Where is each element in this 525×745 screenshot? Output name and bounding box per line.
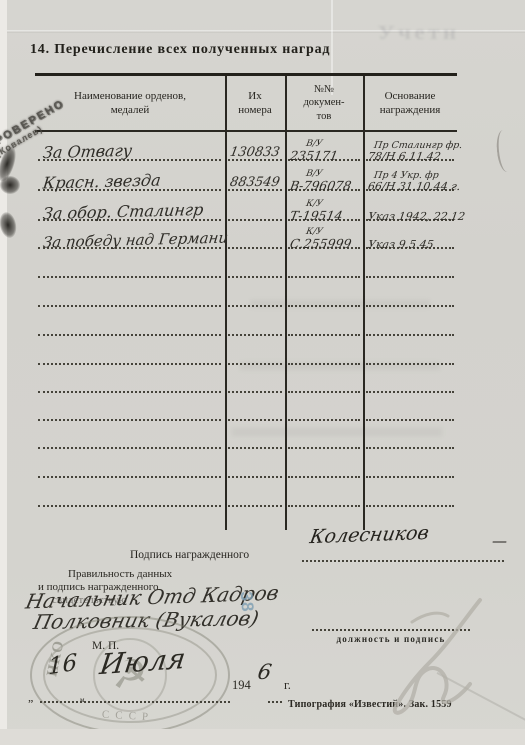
empty-cell [288, 391, 360, 393]
empty-cell [288, 334, 360, 336]
empty-cell [228, 476, 282, 478]
date-day-handwriting: 16 [48, 650, 77, 681]
date-year-dots [268, 701, 282, 703]
basis-handwriting: Пр Сталингр фр. 78/Н 6.11.42 [368, 141, 462, 163]
table-row: Красн. звезда 883549 В/У В-796078 Пр 4 У… [35, 162, 457, 192]
empty-cell [38, 391, 221, 393]
empty-cell [288, 505, 360, 507]
table-row: За победу над Германи К/У С.255999 Указ … [35, 222, 457, 250]
empty-cell [38, 334, 221, 336]
table-top-rule [35, 73, 457, 76]
empty-cell [38, 276, 221, 278]
award-number-cell [228, 219, 282, 221]
basis-handwriting: Указ 9.5.45 [368, 239, 434, 250]
ink-smudge [0, 176, 20, 194]
basis-handwriting: Пр 4 Укр. фр 66/Н 31.10.44 г. [368, 171, 460, 193]
signature-dash: — [492, 532, 507, 550]
empty-cell [366, 419, 454, 421]
empty-cell [366, 505, 454, 507]
pencil-mark-paren [495, 129, 515, 172]
empty-row [35, 250, 457, 279]
table-row: За Отвагу 130833 В/У 235171 Пр Сталингр … [35, 132, 457, 162]
empty-cell [366, 391, 454, 393]
empty-cell [366, 276, 454, 278]
award-number-cell [228, 247, 282, 249]
empty-cell [38, 363, 221, 365]
empty-row [35, 450, 457, 479]
awardee-signature-handwriting: Колесников [308, 522, 431, 548]
section-title: 14. Перечисление всех полученных наград [30, 42, 330, 58]
awardee-signature-line [302, 560, 504, 562]
empty-cell [288, 447, 360, 449]
document-handwriting: К/У Т-19514 [290, 200, 342, 223]
empty-cell [288, 419, 360, 421]
award-number-handwriting: 883549 [229, 175, 281, 190]
empty-cell [38, 419, 221, 421]
table-row: За обор. Сталингр К/У Т-19514 Указ 1942,… [35, 192, 457, 222]
date-month-line [40, 701, 230, 703]
award-name-handwriting: Красн. звезда [42, 170, 162, 192]
empty-cell [38, 505, 221, 507]
empty-cell [38, 476, 221, 478]
empty-cell [228, 391, 282, 393]
empty-cell [366, 334, 454, 336]
award-name-handwriting: За Отвагу [42, 141, 133, 162]
document-handwriting: К/У С.255999 [290, 228, 351, 251]
award-number-handwriting: 130833 [229, 145, 281, 160]
bleedthrough-line [232, 428, 442, 436]
date-year-prefix: 194 [232, 678, 251, 693]
empty-row [35, 308, 457, 337]
empty-cell [366, 476, 454, 478]
empty-cell [38, 305, 221, 307]
scanned-award-record-page: Учетн 14. Перечисление всех полученных н… [0, 0, 525, 745]
pencil-signature-scribble [352, 592, 502, 727]
bleedthrough-text: Учетн [378, 22, 460, 45]
empty-row [35, 366, 457, 394]
basis-handwriting: Указ 1942, 22.12 [368, 211, 465, 222]
date-year-suffix: г. [284, 678, 291, 693]
document-handwriting: В/У 235171 [290, 140, 338, 163]
empty-cell [228, 505, 282, 507]
empty-row [35, 479, 457, 508]
empty-row [35, 394, 457, 422]
empty-cell [228, 447, 282, 449]
header-basis-column: Основание награждения [363, 77, 457, 129]
empty-cell [228, 419, 282, 421]
empty-row [35, 422, 457, 450]
scan-edge-left [0, 0, 7, 745]
scan-edge-bottom [0, 729, 525, 745]
date-open-quote: „ [28, 690, 33, 705]
empty-cell [288, 476, 360, 478]
date-month-handwriting: Июля [98, 642, 188, 681]
certification-printed-line1: Правильность данных [68, 568, 172, 580]
date-year-digit-handwriting: 6 [256, 660, 274, 684]
empty-cell [38, 447, 221, 449]
document-handwriting: В/У В-796078 [290, 170, 351, 193]
header-number-column: Их номера [225, 77, 285, 129]
empty-cell [366, 447, 454, 449]
header-docs-column: №№ докумен- тов [285, 77, 363, 129]
bleedthrough-line [240, 362, 440, 370]
empty-cell [228, 334, 282, 336]
awardee-signature-label: Подпись награжденного [130, 549, 249, 561]
empty-cell [228, 276, 282, 278]
blue-stamp-number: 38 [236, 591, 257, 613]
empty-cell [288, 276, 360, 278]
bleedthrough-line [250, 300, 430, 308]
